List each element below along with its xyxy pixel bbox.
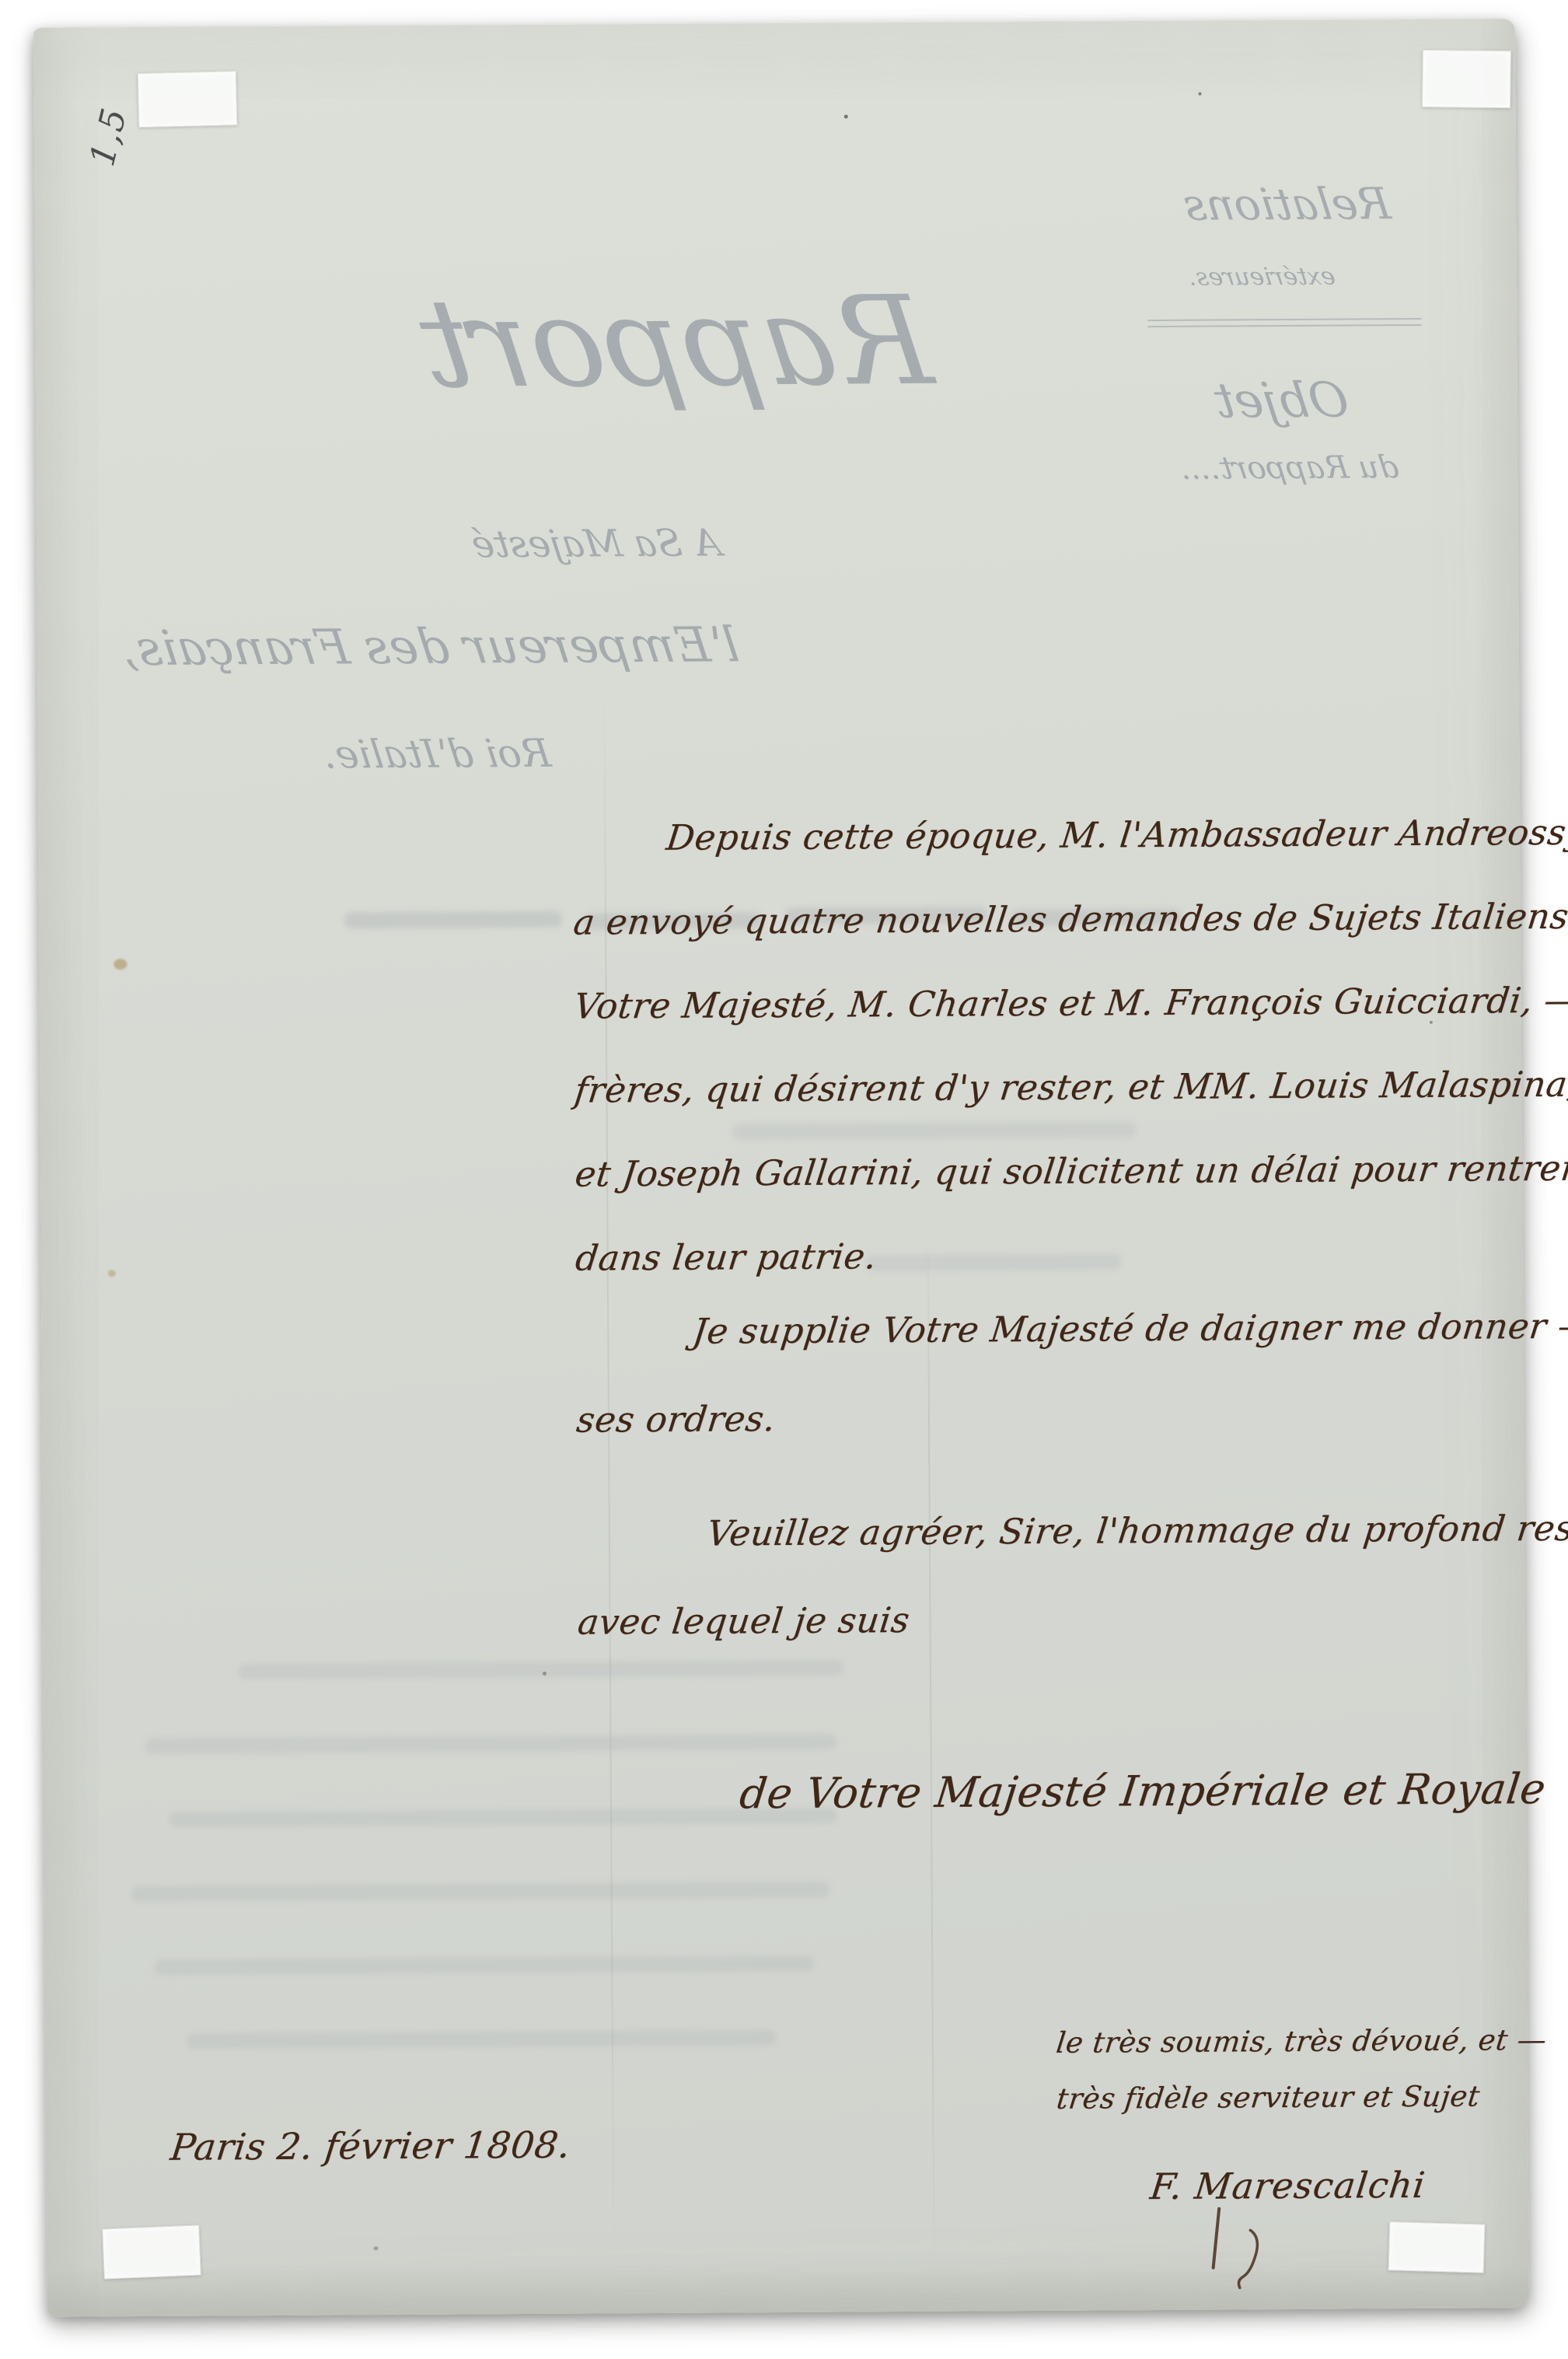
letter-line-p3-1: Veuillez agréer, Sire, l'hommage du prof…: [705, 1507, 1568, 1554]
bleed-smudge-mid-1: [732, 1121, 1137, 1140]
ink-speck-1: [844, 114, 848, 118]
letter-line-p1-3: Votre Majesté, M. Charles et M. François…: [572, 980, 1568, 1027]
letter-line-p1-6: dans leur patrie.: [574, 1235, 879, 1278]
tape-patch-top-right: [1422, 50, 1511, 108]
bleed-smudge-mid-2: [865, 1253, 1122, 1271]
bleed-smudge-lower-6: [186, 2029, 777, 2050]
vertical-crease-right: [927, 1228, 934, 2277]
bleed-department-line1: Relations: [1167, 179, 1406, 231]
bleed-double-rule-bottom: [1147, 324, 1421, 327]
bleed-dedication-line2: l'Empereur des Français,: [172, 616, 742, 676]
bleed-dedication-line1: A Sa Majesté: [438, 521, 754, 566]
letter-line-p3-2: avec lequel je suis: [575, 1599, 912, 1643]
bleed-object-line2: du Rapport....: [1171, 449, 1409, 487]
bleed-smudge-lower-2: [145, 1734, 836, 1754]
letter-line-p1-5: et Joseph Gallarini, qui sollicitent un …: [573, 1147, 1568, 1194]
bleed-smudge-lower-4: [131, 1882, 830, 1902]
bleed-smudge-subject-1: [344, 911, 562, 929]
ink-speck-5: [373, 2246, 378, 2250]
bleed-smudge-lower-5: [154, 1955, 815, 1976]
tape-patch-bottom-left: [102, 2224, 201, 2279]
letter-dateline: Paris 2. février 1808.: [168, 2124, 572, 2169]
foxing-spot-1: [113, 959, 127, 970]
signature: F. Marescalchi: [1148, 2164, 1428, 2207]
tape-patch-bottom-right: [1388, 2221, 1486, 2273]
signature-paraph: [1189, 2207, 1315, 2293]
ink-speck-3: [543, 1672, 547, 1676]
bleed-smudge-lower-1: [238, 1660, 844, 1680]
tape-patch-top-left: [138, 71, 238, 128]
foxing-spot-2: [108, 1270, 116, 1277]
bleed-double-rule-top: [1147, 318, 1421, 321]
bleed-dedication-line3: Roi d'Italie.: [309, 731, 564, 778]
letter-line-p2-1: Je supplie Votre Majesté de daigner me d…: [690, 1305, 1568, 1352]
letter-line-p1-4: frères, qui désirent d'y rester, et MM. …: [572, 1063, 1568, 1110]
ink-speck-2: [1199, 93, 1202, 96]
bleed-department-line2: extérieures.: [1175, 263, 1350, 292]
archival-note: 1,5: [82, 103, 134, 170]
bleed-object-line1: Objet: [1202, 371, 1360, 428]
paper-sheet: 1,5 Relations extérieures. Objet du Rapp…: [33, 19, 1529, 2317]
scan-background: { "document": { "archival_note": "1,5", …: [0, 0, 1568, 2359]
letter-closing-line-2: très fidèle serviteur et Sujet: [1055, 2080, 1482, 2116]
letter-closing-line-1: le très soumis, très dévoué, et —: [1054, 2023, 1548, 2060]
letter-line-p2-2: ses ordres.: [574, 1398, 778, 1441]
letter-line-p1-1: Depuis cette époque, M. l'Ambassadeur An…: [664, 811, 1568, 858]
letter-valediction: de Votre Majesté Impériale et Royale: [737, 1764, 1549, 1818]
bleed-title-rapport: Rapport: [329, 269, 1024, 416]
letter-line-p1-2: a envoyé quatre nouvelles demandes de Su…: [571, 895, 1568, 943]
